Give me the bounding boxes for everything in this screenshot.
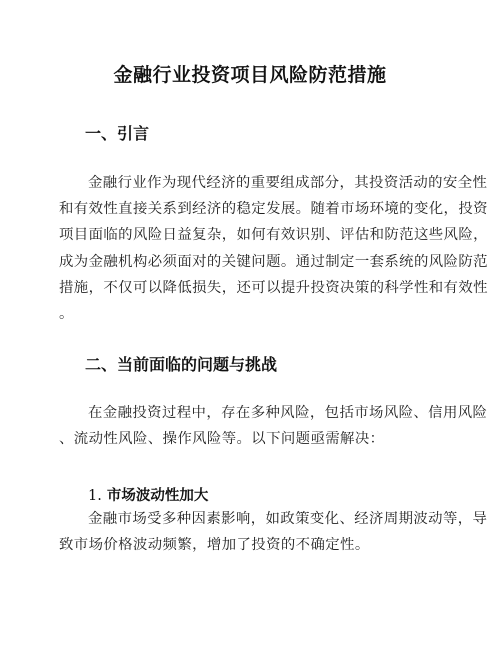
text-line: 、流动性风险、操作风险等。以下问题亟需解决： [59,426,439,452]
introduction-paragraph: 金融行业作为现代经济的重要组成部分，其投资活动的安全性 和有效性直接关系到经济的… [59,170,439,327]
text-line: 成为金融机构必须面对的关键问题。通过制定一套系统的风险防范 [59,249,439,275]
subsection-number: 1. [88,488,102,504]
text-line: 致市场价格波动频繁，增加了投资的不确定性。 [59,532,439,558]
subsection-heading-market-volatility: 1. 市场波动性加大 [88,484,208,505]
text-line: 金融市场受多种因素影响，如政策变化、经济周期波动等，导 [59,506,439,532]
section-heading-introduction: 一、引言 [85,121,149,144]
text-line: 措施，不仅可以降低损失，还可以提升投资决策的科学性和有效性 [59,275,439,301]
market-volatility-paragraph: 金融市场受多种因素影响，如政策变化、经济周期波动等，导 致市场价格波动频繁，增加… [59,506,439,558]
text-line: 和有效性直接关系到经济的稳定发展。随着市场环境的变化，投资 [59,196,439,222]
text-line: 在金融投资过程中，存在多种风险，包括市场风险、信用风险 [59,400,439,426]
section-heading-challenges: 二、当前面临的问题与挑战 [85,352,277,375]
text-line: 金融行业作为现代经济的重要组成部分，其投资活动的安全性 [59,170,439,196]
document-title: 金融行业投资项目风险防范措施 [0,60,500,87]
subsection-title: 市场波动性加大 [107,488,209,504]
challenges-paragraph: 在金融投资过程中，存在多种风险，包括市场风险、信用风险 、流动性风险、操作风险等… [59,400,439,452]
text-line: 项目面临的风险日益复杂，如何有效识别、评估和防范这些风险， [59,222,439,248]
document-page: 金融行业投资项目风险防范措施 一、引言 金融行业作为现代经济的重要组成部分，其投… [0,0,500,647]
text-line: 。 [59,301,439,327]
